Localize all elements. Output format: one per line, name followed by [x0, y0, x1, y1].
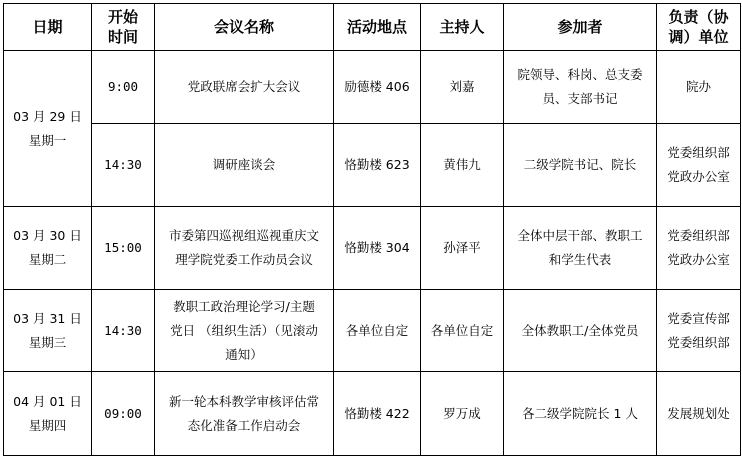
weekday: 星期三	[10, 331, 85, 355]
meeting-name: 市委第四巡视组巡视重庆文 理学院党委工作动员会议	[155, 207, 334, 290]
meeting-name-line: 通知）	[161, 343, 327, 367]
unit-line: 党政办公室	[663, 165, 734, 189]
start-time: 15:00	[92, 207, 155, 290]
meeting-name-line: 党政联席会扩大会议	[161, 75, 327, 99]
unit-line: 院办	[663, 75, 734, 99]
header-start-time: 开始 时间	[92, 4, 155, 51]
location: 恪勤楼 422	[334, 372, 421, 456]
responsible-unit: 党委组织部 党政办公室	[657, 207, 741, 290]
meeting-name: 新一轮本科教学审核评估常 态化准备工作启动会	[155, 372, 334, 456]
header-row: 日期 开始 时间 会议名称 活动地点 主持人 参加者 负责（协 调）单位	[4, 4, 741, 51]
date: 03 月 29 日	[10, 105, 85, 129]
unit-line: 党委组织部	[663, 141, 734, 165]
date: 03 月 30 日	[10, 224, 85, 248]
participants: 二级学院书记、院长	[504, 124, 657, 207]
unit-line: 党委组织部	[663, 224, 734, 248]
host: 黄伟九	[421, 124, 504, 207]
date-cell: 03 月 31 日 星期三	[4, 290, 92, 372]
table-row: 03 月 29 日 星期一 9:00 党政联席会扩大会议 励德楼 406 刘嘉 …	[4, 51, 741, 124]
unit-line: 党政办公室	[663, 248, 734, 272]
header-start-time-line2: 时间	[96, 27, 150, 47]
host: 刘嘉	[421, 51, 504, 124]
participants-line: 全体中层干部、教职工	[510, 224, 650, 248]
start-time: 9:00	[92, 51, 155, 124]
header-unit-line2: 调）单位	[659, 27, 738, 47]
header-date: 日期	[4, 4, 92, 51]
weekday: 星期一	[10, 129, 85, 153]
start-time: 09:00	[92, 372, 155, 456]
start-time: 14:30	[92, 124, 155, 207]
responsible-unit: 发展规划处	[657, 372, 741, 456]
header-unit-line1: 负责（协	[659, 7, 738, 27]
participants: 各二级学院院长 1 人	[504, 372, 657, 456]
meeting-name-line: 新一轮本科教学审核评估常	[161, 390, 327, 414]
meeting-schedule-table: 日期 开始 时间 会议名称 活动地点 主持人 参加者 负责（协 调）单位 03 …	[3, 3, 741, 456]
meeting-name-line: 党日 （组织生活）（见滚动	[161, 319, 327, 343]
date-cell: 03 月 29 日 星期一	[4, 51, 92, 207]
participants-line: 院领导、科岗、总支委	[510, 63, 650, 87]
header-responsible-unit: 负责（协 调）单位	[657, 4, 741, 51]
location: 各单位自定	[334, 290, 421, 372]
participants-line: 二级学院书记、院长	[510, 153, 650, 177]
date: 03 月 31 日	[10, 307, 85, 331]
meeting-name-line: 态化准备工作启动会	[161, 414, 327, 438]
start-time: 14:30	[92, 290, 155, 372]
host: 孙泽平	[421, 207, 504, 290]
host: 各单位自定	[421, 290, 504, 372]
meeting-name: 教职工政治理论学习/主题 党日 （组织生活）（见滚动 通知）	[155, 290, 334, 372]
host: 罗万成	[421, 372, 504, 456]
participants: 全体教职工/全体党员	[504, 290, 657, 372]
weekday: 星期四	[10, 414, 85, 438]
table-row: 04 月 01 日 星期四 09:00 新一轮本科教学审核评估常 态化准备工作启…	[4, 372, 741, 456]
participants-line: 各二级学院院长 1 人	[510, 402, 650, 426]
weekday: 星期二	[10, 248, 85, 272]
unit-line: 发展规划处	[663, 402, 734, 426]
location: 恪勤楼 623	[334, 124, 421, 207]
meeting-name-line: 市委第四巡视组巡视重庆文	[161, 224, 327, 248]
participants-line: 员、支部书记	[510, 87, 650, 111]
header-meeting-name: 会议名称	[155, 4, 334, 51]
meeting-name-line: 理学院党委工作动员会议	[161, 248, 327, 272]
participants-line: 全体教职工/全体党员	[510, 319, 650, 343]
header-location: 活动地点	[334, 4, 421, 51]
table-row: 03 月 31 日 星期三 14:30 教职工政治理论学习/主题 党日 （组织生…	[4, 290, 741, 372]
date-cell: 03 月 30 日 星期二	[4, 207, 92, 290]
header-start-time-line1: 开始	[96, 7, 150, 27]
unit-line: 党委宣传部	[663, 307, 734, 331]
meeting-name-line: 教职工政治理论学习/主题	[161, 295, 327, 319]
participants: 院领导、科岗、总支委 员、支部书记	[504, 51, 657, 124]
responsible-unit: 院办	[657, 51, 741, 124]
participants-line: 和学生代表	[510, 248, 650, 272]
location: 励德楼 406	[334, 51, 421, 124]
responsible-unit: 党委宣传部 党委组织部	[657, 290, 741, 372]
participants: 全体中层干部、教职工 和学生代表	[504, 207, 657, 290]
meeting-name: 调研座谈会	[155, 124, 334, 207]
header-host: 主持人	[421, 4, 504, 51]
meeting-name: 党政联席会扩大会议	[155, 51, 334, 124]
unit-line: 党委组织部	[663, 331, 734, 355]
meeting-name-line: 调研座谈会	[161, 153, 327, 177]
header-participants: 参加者	[504, 4, 657, 51]
responsible-unit: 党委组织部 党政办公室	[657, 124, 741, 207]
date-cell: 04 月 01 日 星期四	[4, 372, 92, 456]
table-row: 03 月 30 日 星期二 15:00 市委第四巡视组巡视重庆文 理学院党委工作…	[4, 207, 741, 290]
table-row: 14:30 调研座谈会 恪勤楼 623 黄伟九 二级学院书记、院长 党委组织部 …	[4, 124, 741, 207]
date: 04 月 01 日	[10, 390, 85, 414]
location: 恪勤楼 304	[334, 207, 421, 290]
